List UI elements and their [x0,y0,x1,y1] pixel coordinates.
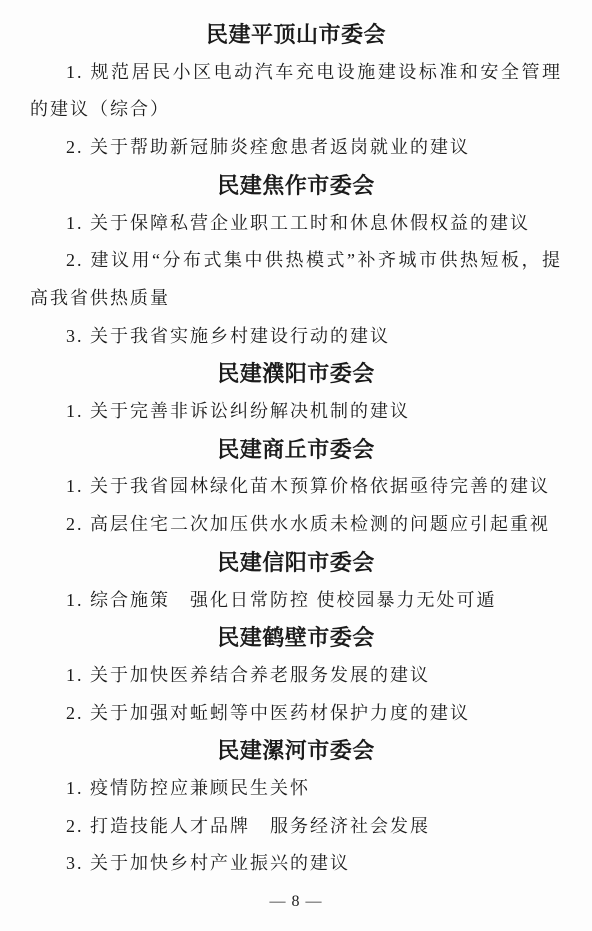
committee-heading: 民建焦作市委会 [30,167,562,205]
proposal-item: 1. 关于加快医养结合养老服务发展的建议 [30,657,562,695]
proposal-item: 2. 关于帮助新冠肺炎痊愈患者返岗就业的建议 [30,129,562,167]
proposal-item: 2. 打造技能人才品牌 服务经济社会发展 [30,808,562,846]
proposal-item: 1. 关于我省园林绿化苗木预算价格依据亟待完善的建议 [30,468,562,506]
proposal-item: 2. 高层住宅二次加压供水水质未检测的问题应引起重视 [30,506,562,544]
committee-heading: 民建漯河市委会 [30,732,562,770]
proposal-item: 3. 关于我省实施乡村建设行动的建议 [30,318,562,356]
proposal-item: 1. 规范居民小区电动汽车充电设施建设标准和安全管理的建议（综合） [30,54,562,129]
section-pingdingshan: 民建平顶山市委会 1. 规范居民小区电动汽车充电设施建设标准和安全管理的建议（综… [30,16,562,167]
proposal-item: 3. 关于加快乡村产业振兴的建议 [30,845,562,883]
page-footer: — 8 — [30,883,562,921]
section-luohe: 民建漯河市委会 1. 疫情防控应兼顾民生关怀 2. 打造技能人才品牌 服务经济社… [30,732,562,883]
committee-heading: 民建鹤壁市委会 [30,619,562,657]
proposal-item: 2. 建议用“分布式集中供热模式”补齐城市供热短板，提高我省供热质量 [30,242,562,317]
section-xinyang: 民建信阳市委会 1. 综合施策 强化日常防控 使校园暴力无处可遁 [30,544,562,619]
committee-heading: 民建商丘市委会 [30,431,562,469]
document-page: 民建平顶山市委会 1. 规范居民小区电动汽车充电设施建设标准和安全管理的建议（综… [0,0,592,931]
proposal-item: 1. 综合施策 强化日常防控 使校园暴力无处可遁 [30,582,562,620]
proposal-item: 1. 疫情防控应兼顾民生关怀 [30,770,562,808]
proposal-item: 1. 关于保障私营企业职工工时和休息休假权益的建议 [30,205,562,243]
committee-heading: 民建信阳市委会 [30,544,562,582]
committee-heading: 民建濮阳市委会 [30,355,562,393]
committee-heading: 民建平顶山市委会 [30,16,562,54]
section-jiaozuo: 民建焦作市委会 1. 关于保障私营企业职工工时和休息休假权益的建议 2. 建议用… [30,167,562,356]
page-number: — 8 — [30,883,562,921]
proposal-item: 2. 关于加强对蚯蚓等中医药材保护力度的建议 [30,695,562,733]
section-shangqiu: 民建商丘市委会 1. 关于我省园林绿化苗木预算价格依据亟待完善的建议 2. 高层… [30,431,562,544]
proposal-item: 1. 关于完善非诉讼纠纷解决机制的建议 [30,393,562,431]
section-hebi: 民建鹤壁市委会 1. 关于加快医养结合养老服务发展的建议 2. 关于加强对蚯蚓等… [30,619,562,732]
section-puyang: 民建濮阳市委会 1. 关于完善非诉讼纠纷解决机制的建议 [30,355,562,430]
